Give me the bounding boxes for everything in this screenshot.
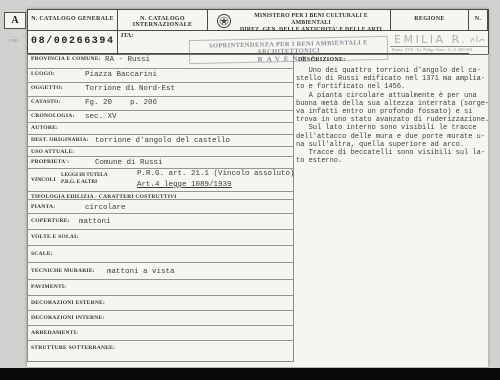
oggetto-label: OGGETTO: — [31, 85, 63, 91]
field-row-strutture-sotterranee: STRUTTURE SOTTERRANEE: — [27, 340, 293, 361]
dest-originaria-label: DEST. ORIGINARIA: — [31, 137, 89, 143]
proprieta-value: Comune di Russi — [95, 159, 163, 167]
ita-label: ITA: — [121, 33, 133, 39]
proprieta-label: PROPRIETA': — [31, 159, 69, 165]
vincoli-sub2: P.R.G. E ALTRI — [61, 179, 97, 185]
header-cell-regione: REGIONE — [390, 9, 469, 31]
luogo-value: Piazza Baccarini — [85, 71, 157, 79]
volte-solai-label: VOLTE E SOLAI: — [31, 234, 79, 240]
arredamenti-label: ARREDAMENTI: — [31, 330, 78, 336]
decorazioni-esterne-label: DECORAZIONI ESTERNE: — [31, 300, 105, 306]
field-row-dest-originaria: DEST. ORIGINARIA: torrione d'angolo del … — [27, 134, 293, 146]
field-row-pavimenti: PAVIMENTI: — [27, 279, 293, 295]
descrizione-label: DESCRIZIONE: — [298, 57, 346, 63]
field-row-luogo: LUOGO: Piazza Baccarini — [27, 68, 293, 82]
header-cell-catalogo-generale: N. CATALOGO GENERALE — [27, 9, 118, 31]
corner-letter-box: A — [4, 12, 26, 29]
vincoli-sub1: LEGGI DI TUTELA — [61, 172, 108, 178]
state-emblem-icon — [216, 13, 232, 29]
pianta-label: PIANTA: — [31, 204, 55, 210]
field-row-tecniche-murarie: TECNICHE MURARIE: mattoni a vista — [27, 262, 293, 279]
tecniche-murarie-label: TECNICHE MURARIE: — [31, 268, 95, 274]
provincia-value: RA - Russi — [105, 56, 150, 64]
vincoli-label: VINCOLI — [31, 177, 56, 183]
dest-originaria-value: torrione d'angolo del castello — [95, 137, 230, 145]
cronologia-value: sec. XV — [85, 113, 117, 121]
field-row-arredamenti: ARREDAMENTI: — [27, 325, 293, 340]
catasto-label: CATASTO: — [31, 99, 61, 105]
coperture-value: mattoni — [79, 218, 111, 226]
vincoli-value2: Art.4 legge 1089/1939 — [137, 181, 232, 189]
codice-value: 08/00266394 — [31, 36, 115, 47]
field-row-pianta: PIANTA: circolare — [27, 199, 293, 213]
column-divider — [293, 54, 294, 361]
tecniche-murarie-value: mattoni a vista — [107, 268, 175, 276]
left-column-bottom-line — [27, 361, 294, 362]
field-row-provincia: PROVINCIA E COMUNE: RA - Russi — [27, 54, 293, 68]
field-row-cronologia: CRONOLOGIA: sec. XV — [27, 110, 293, 122]
scan-black-band — [0, 368, 500, 380]
section-tipologia: TIPOLOGIA EDILIZIA - CARATTERI COSTRUTTI… — [27, 191, 293, 199]
field-row-coperture: COPERTURE: mattoni — [27, 213, 293, 229]
corner-letter: A — [11, 15, 18, 26]
field-row-decorazioni-esterne: DECORAZIONI ESTERNE: — [27, 295, 293, 310]
ministry-line1: MINISTERO PER I BENI CULTURALI E AMBIENT… — [234, 13, 388, 27]
scanned-catalog-card: A N. CATALOGO GENERALE N. CATALOGO INTER… — [0, 0, 500, 380]
catalogo-generale-label: N. CATALOGO GENERALE — [28, 10, 117, 22]
strutture-sotterranee-label: STRUTTURE SOTTERRANEE: — [31, 345, 115, 351]
field-row-scale: SCALE: — [27, 245, 293, 262]
header-cell-catalogo-internazionale: N. CATALOGO INTERNAZIONALE — [117, 9, 208, 31]
vincoli-sublabels: LEGGI DI TUTELA P.R.G. E ALTRI — [61, 172, 108, 186]
autore-label: AUTORE: — [31, 125, 58, 131]
codice-label: COD. — [9, 39, 20, 44]
pianta-value: circolare — [85, 204, 126, 212]
field-row-catasto: CATASTO: Fg. 20 p. 206 — [27, 96, 293, 110]
oggetto-value: Torrione di Nord-Est — [85, 85, 175, 93]
catasto-value: Fg. 20 p. 206 — [85, 99, 157, 107]
decorazioni-interne-label: DECORAZIONI INTERNE: — [31, 315, 104, 321]
field-row-oggetto: OGGETTO: Torrione di Nord-Est — [27, 82, 293, 96]
regione-handwritten-value: EMILIA R. — [394, 33, 467, 46]
field-row-uso-attuale: USO ATTUALE: — [27, 146, 293, 156]
regione-label: REGIONE — [391, 10, 468, 22]
provincia-label: PROVINCIA E COMUNE: — [31, 56, 101, 62]
field-row-proprieta: PROPRIETA': Comune di Russi — [27, 156, 293, 168]
scale-label: SCALE: — [31, 251, 53, 257]
regione-bottom-line — [390, 46, 488, 47]
coperture-label: COPERTURE: — [31, 218, 70, 224]
pavimenti-label: PAVIMENTI: — [31, 284, 66, 290]
luogo-label: LUOGO: — [31, 71, 55, 77]
uso-attuale-label: USO ATTUALE: — [31, 149, 74, 155]
cronologia-label: CRONOLOGIA: — [31, 113, 75, 119]
field-row-decorazioni-interne: DECORAZIONI INTERNE: — [27, 310, 293, 325]
field-row-volte-solai: VOLTE E SOLAI: — [27, 229, 293, 245]
header-cell-n: N. — [468, 9, 488, 31]
descrizione-text: Uno dei quattro torrioni d'angolo del ca… — [296, 67, 487, 165]
imprint-line: Roma, 1974 - Ist. Poligr. Stato - S. 11 … — [392, 48, 461, 52]
n-label: N. — [469, 10, 487, 22]
field-row-vincoli: VINCOLI LEGGI DI TUTELA P.R.G. E ALTRI P… — [27, 168, 293, 191]
card-right-border — [488, 9, 489, 54]
field-row-autore: AUTORE: — [27, 122, 293, 134]
catalogo-internazionale-label: N. CATALOGO INTERNAZIONALE — [118, 10, 207, 28]
pencil-mark — [469, 33, 487, 45]
header-cell-ministry: MINISTERO PER I BENI CULTURALI E AMBIENT… — [207, 9, 391, 31]
vincoli-value1: P.R.G. art. 21.1 (Vincolo assoluto) — [137, 170, 295, 178]
